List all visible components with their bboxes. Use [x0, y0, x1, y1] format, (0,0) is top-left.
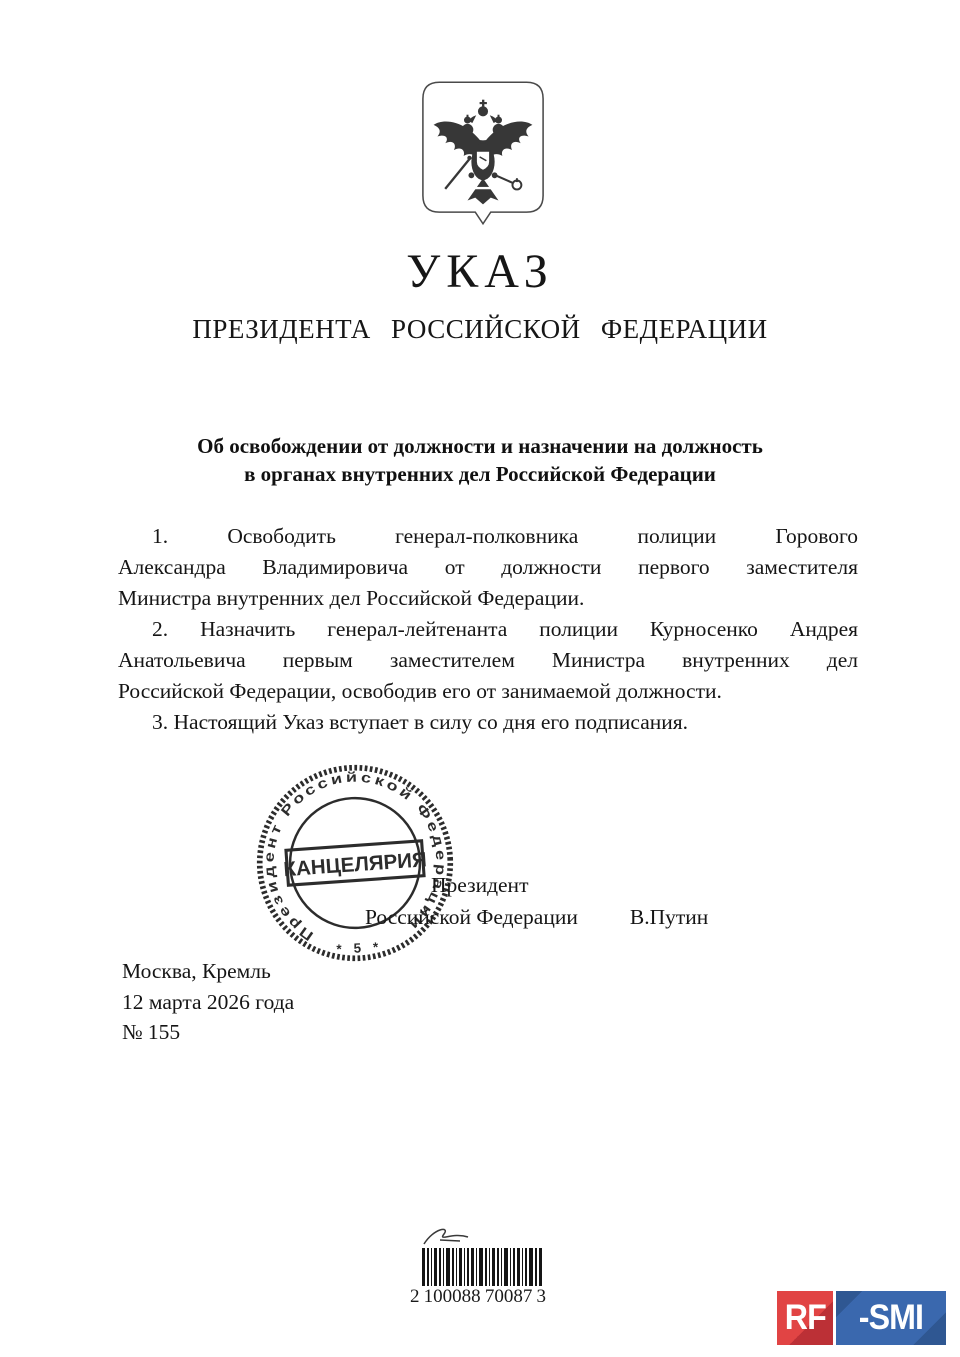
issuance-details: Москва, Кремль 12 марта 2026 года № 155 — [122, 956, 294, 1048]
chancellery-stamp: Президент Российской Федерации * 5 * КАН… — [252, 760, 458, 966]
barcode-bars — [422, 1248, 542, 1286]
paragraph-1-line-3: Министра внутренних дел Российской Федер… — [118, 583, 858, 614]
subject-line-2: в органах внутренних дел Российской Феде… — [102, 460, 858, 488]
document-type-title: УКАЗ — [0, 244, 960, 299]
paragraph-2-line-1: 2. Назначить генерал-лейтенанта полиции … — [118, 614, 858, 645]
rf-smi-watermark: RF -SMI — [777, 1291, 946, 1345]
decree-number: № 155 — [122, 1017, 294, 1048]
rf-smi-logo-left-text: RF — [784, 1291, 825, 1345]
signer-name: В.Путин — [630, 901, 708, 933]
barcode-digits: 2 100088 70087 3 — [410, 1286, 546, 1308]
subject-line-1: Об освобождении от должности и назначени… — [102, 432, 858, 460]
barcode-digit-group: 3 — [536, 1286, 546, 1308]
paragraph-1-line-2: Александра Владимировича от должности пе… — [118, 552, 858, 583]
decree-document-page: УКАЗ ПРЕЗИДЕНТА РОССИЙСКОЙ ФЕДЕРАЦИИ Об … — [0, 0, 960, 1357]
barcode-digit-group: 100088 — [424, 1286, 481, 1308]
handwritten-mark — [420, 1224, 480, 1248]
rf-smi-logo-blue-box: -SMI — [836, 1291, 946, 1345]
barcode-digit-group: 70087 — [485, 1286, 533, 1308]
stamp-bottom-number: * 5 * — [336, 939, 383, 956]
paragraph-2-line-3: Российской Федерации, освободив его от з… — [118, 676, 858, 707]
rf-smi-logo-red-box: RF — [777, 1291, 833, 1345]
paragraph-3-line-1: 3. Настоящий Указ вступает в силу со дня… — [118, 707, 858, 738]
stamp-svg: Президент Российской Федерации * 5 * КАН… — [252, 760, 458, 966]
rf-smi-logo-right-text: -SMI — [859, 1291, 923, 1345]
decree-body: 1. Освободить генерал-полковника полиции… — [118, 521, 858, 738]
paragraph-1-line-1: 1. Освободить генерал-полковника полиции… — [118, 521, 858, 552]
issuer-title: ПРЕЗИДЕНТА РОССИЙСКОЙ ФЕДЕРАЦИИ — [0, 314, 960, 345]
barcode-digit-group: 2 — [410, 1286, 420, 1308]
coat-of-arms-svg — [420, 80, 546, 226]
issuance-place: Москва, Кремль — [122, 956, 294, 987]
paragraph-2-line-2: Анатольевича первым заместителем Министр… — [118, 645, 858, 676]
decree-subject-heading: Об освобождении от должности и назначени… — [102, 432, 858, 488]
russian-coat-of-arms-icon — [420, 80, 546, 226]
issuance-date: 12 марта 2026 года — [122, 987, 294, 1018]
